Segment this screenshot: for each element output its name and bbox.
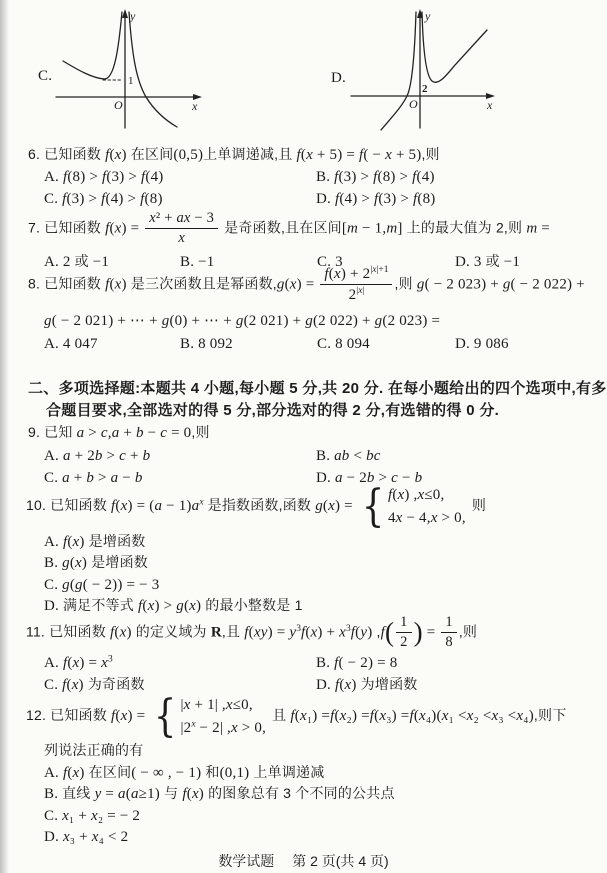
graph-d-curve-left-branch [381, 12, 416, 130]
graph-c-value-1-label: 1 [128, 75, 134, 87]
question-12-option-a: A. f(x) 在区间( − ∞ , − 1) 和(0,1) 上单调递减 [44, 763, 324, 784]
question-12-option-c: C. x₁ + x₂ = − 2 [44, 806, 140, 827]
question-6-stem: 6. 已知函数 f(x) 在区间(0,5)上单调递减,且 f(x + 5) = … [28, 145, 440, 166]
left-brace: { [362, 487, 385, 527]
question-6-option-a: A. f(8) > f(3) > f(4) [44, 167, 163, 188]
footer-page-number: 数学试题 第 2 页(共 4 页) [0, 851, 607, 871]
question-12-option-d: D. x₃ + x₄ < 2 [44, 827, 128, 848]
question-8-option-b: B. 8 092 [180, 334, 233, 355]
question-10-option-c: C. g(g( − 2)) = − 3 [44, 575, 159, 596]
graph-c-curve-left-branch [63, 12, 122, 79]
graph-d-y-axis-label: y [424, 9, 431, 23]
fraction: f(x) + 2|x|+12|x| [320, 265, 392, 305]
piecewise-cases: {|x + 1| ,x≤0,|2x − 2| ,x > 0, [151, 694, 266, 739]
question-11-option-d: D. f(x) 为增函数 [316, 675, 417, 696]
graph-d-origin-label: O [409, 97, 418, 111]
fraction: x² + ax − 3x [145, 210, 218, 248]
graph-c-origin-label: O [114, 98, 123, 112]
question-11-option-a: A. f(x) = x3 [44, 653, 113, 674]
section-2-header-line-1: 二、多项选择题:本题共 4 小题,每小题 5 分,共 20 分. 在每小题给出的… [28, 379, 607, 399]
left-brace: { [154, 697, 177, 737]
question-8-stem-line-1: 8. 已知函数 f(x) 是三次函数且是幂函数,g(x) = f(x) + 2|… [28, 265, 585, 305]
graph-d-curve-right-branch [422, 12, 487, 82]
scan-shadow-left-edge [0, 0, 9, 873]
question-8-stem-line-2: g( − 2 021) + ⋯ + g(0) + ⋯ + g(2 021) + … [44, 311, 440, 332]
question-6-option-b: B. f(3) > f(8) > f(4) [316, 167, 435, 188]
question-9-option-b: B. ab < bc [316, 446, 381, 467]
question-8-option-c: C. 8 094 [317, 334, 370, 355]
question-11-option-b: B. f( − 2) = 8 [316, 653, 397, 674]
question-11-option-c: C. f(x) 为奇函数 [44, 675, 145, 696]
question-7-stem: 7. 已知函数 f(x) = x² + ax − 3x 是奇函数,且在区间[m … [28, 210, 550, 248]
question-12-option-b: B. 直线 y = a(a≥1) 与 f(x) 的图象总有 3 个不同的公共点 [44, 784, 395, 805]
question-10-stem: 10. 已知函数 f(x) = (a − 1)ax 是指数函数,函数 g(x) … [26, 484, 486, 529]
question-8-option-d: D. 9 086 [455, 334, 509, 355]
question-12-stem-line-1: 12. 已知函数 f(x) = {|x + 1| ,x≤0,|2x − 2| ,… [26, 694, 566, 739]
question-12-stem-line-2: 列说法正确的有 [44, 741, 143, 759]
graph-c-y-arrow [122, 9, 128, 18]
graph-option-d: O x y 2 [343, 6, 499, 134]
question-9-stem: 9. 已知 a > c,a + b − c = 0,则 [28, 423, 210, 444]
question-10-option-b: B. g(x) 是增函数 [44, 553, 148, 574]
question-9-option-a: A. a + 2b > c + b [44, 446, 150, 467]
question-10-option-a: A. f(x) 是增函数 [44, 532, 145, 553]
graph-c-x-axis-label: x [191, 99, 198, 113]
graph-option-c: O x y 1 [50, 6, 206, 134]
graph-c-y-axis-label: y [129, 9, 136, 23]
section-2-header-line-2: 合题目要求,全部选对的得 5 分,部分选对的得 2 分,有选错的得 0 分. [46, 401, 499, 421]
graph-d-value-2-label: 2 [422, 83, 428, 95]
piecewise-cases: {f(x) ,x≤0,4x − 4,x > 0, [359, 484, 466, 529]
fraction: 18 [441, 614, 456, 652]
question-11-stem: 11. 已知函数 f(x) 的定义域为 R,且 f(xy) = y3f(x) +… [26, 614, 477, 652]
question-6-option-d: D. f(4) > f(3) > f(8) [316, 189, 435, 210]
exam-page: { "graphs": { "c": {"label": "C.", "orig… [0, 0, 607, 873]
question-8-option-a: A. 4 047 [44, 334, 98, 355]
question-6-option-c: C. f(3) > f(4) > f(8) [44, 189, 163, 210]
graph-c-curve-right-branch [129, 12, 177, 127]
fraction: 12 [396, 614, 411, 652]
graph-d-x-axis-label: x [486, 98, 493, 112]
